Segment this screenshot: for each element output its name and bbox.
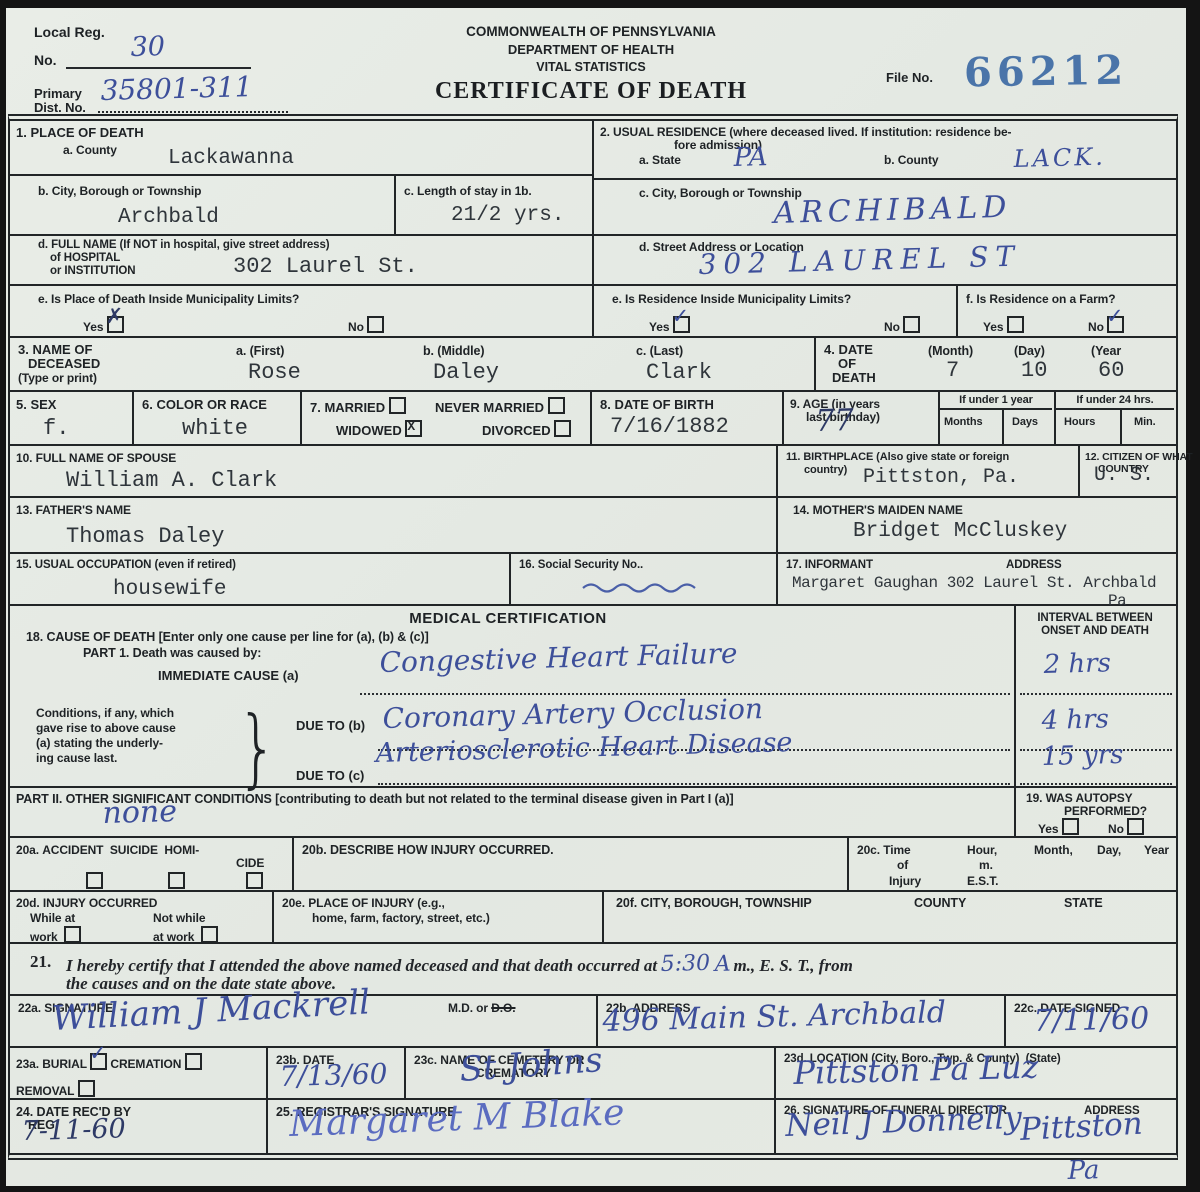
date-received-value: 7-11-60: [21, 1113, 126, 1147]
never-married-checkbox: [548, 397, 565, 414]
death-limits-no: No: [348, 316, 384, 334]
county-value: Lackawanna: [168, 147, 294, 170]
cemetery-value: St Johns: [458, 1040, 604, 1090]
interval-a-line: [1020, 692, 1172, 695]
injury-city-label: 20f. CITY, BOROUGH, TOWNSHIP: [616, 896, 812, 910]
cause-of-death-label: 18. CAUSE OF DEATH [Enter only one cause…: [26, 630, 429, 644]
residence-farm-no-checkbox: ✓: [1107, 316, 1124, 333]
injury-county-label: COUNTY: [914, 896, 966, 910]
interval-header-2: ONSET AND DEATH: [1016, 625, 1174, 637]
death-month-value: 7: [946, 358, 959, 383]
place-of-death-title: 1. PLACE OF DEATH: [16, 125, 144, 140]
20a-labels: 20a. ACCIDENT SUICIDE HOMI-: [16, 843, 199, 857]
injury-occurred-label: 20d. INJURY OCCURRED: [16, 896, 157, 910]
death-year-label: (Year: [1091, 344, 1121, 358]
field-autopsy: 19. WAS AUTOPSY PERFORMED? Yes No: [1016, 788, 1178, 838]
residence-limits-yes: Yes ✓: [649, 316, 690, 334]
certify-time-value: 5:30: [661, 951, 711, 977]
not-while-label: Not while: [153, 911, 205, 925]
last-name-label: c. (Last): [636, 344, 683, 358]
local-reg-label: Local Reg.: [34, 24, 105, 40]
file-no-stamp: 66212: [964, 47, 1129, 97]
mother-value: Bridget McCluskey: [853, 520, 1067, 543]
death-limits-yes-mark: ✗: [106, 304, 124, 328]
citizen-label-1: 12. CITIZEN OF WHAT: [1085, 451, 1193, 463]
field-name-of-deceased: 3. NAME OF DECEASED (Type or print) a. (…: [8, 338, 816, 392]
widowed-mark: X: [407, 419, 415, 434]
autopsy-no: No: [1108, 818, 1144, 836]
sex-value: f.: [43, 416, 69, 441]
funeral-director-address-value-2: Pa: [1067, 1155, 1100, 1186]
residence-limits-yes-checkbox: ✓: [673, 316, 690, 333]
interval-b-value: 4 hrs: [1041, 704, 1109, 736]
hours-min-divider: [1120, 410, 1122, 444]
divorced-label: DIVORCED: [482, 420, 571, 438]
20c-injury: Injury: [889, 874, 921, 888]
under-1-year-label: If under 1 year: [940, 394, 1052, 410]
20c-month: Month,: [1034, 843, 1073, 857]
residence-limits-yes-mark: ✓: [672, 304, 690, 328]
file-no-label: File No.: [886, 70, 933, 85]
autopsy-label-2: PERFORMED?: [1064, 804, 1147, 818]
occupation-label: 15. USUAL OCCUPATION (even if retired): [16, 559, 236, 571]
residence-farm-yes-checkbox: [1007, 316, 1024, 333]
informant-address-label: ADDRESS: [1006, 559, 1062, 571]
field-informant: 17. INFORMANT ADDRESS Margaret Gaughan 3…: [778, 554, 1178, 606]
primary-dist-underline: [98, 110, 288, 113]
min-label: Min.: [1134, 416, 1156, 428]
date-of-death-label-1: 4. DATE: [824, 342, 873, 357]
city-borough-value: Archbald: [118, 206, 219, 229]
do-struck-label: D.O.: [491, 1001, 515, 1015]
while-at-work-checkbox: [64, 926, 81, 943]
field-burial-location: 23d. LOCATION (City, Boro., Twp. & Count…: [776, 1048, 1178, 1100]
under-24-hrs-label: If under 24 hrs.: [1056, 394, 1174, 410]
never-married-label: NEVER MARRIED: [435, 397, 565, 415]
field-time-of-injury: 20c. Time of Injury Hour, m. E.S.T. Mont…: [849, 838, 1178, 892]
certify-num: 21.: [30, 952, 51, 972]
death-day-label: (Day): [1014, 344, 1045, 358]
registrar-signature-value: Margaret M Blake: [289, 1092, 626, 1145]
section-medical-certification: MEDICAL CERTIFICATION 18. CAUSE OF DEATH…: [8, 606, 1016, 788]
field-date-signed: 22c. DATE SIGNED 7/11/60: [1006, 996, 1178, 1048]
field-age-under-24-hrs: If under 24 hrs. Hours Min.: [1056, 392, 1178, 446]
spouse-label: 10. FULL NAME OF SPOUSE: [16, 451, 176, 465]
field-accident-suicide-homicide: 20a. ACCIDENT SUICIDE HOMI- CIDE: [8, 838, 294, 892]
spouse-value: William A. Clark: [66, 468, 277, 493]
citizen-value: U. S.: [1094, 464, 1154, 487]
length-of-stay-value: 21/2 yrs.: [451, 204, 564, 227]
field-age: 9. AGE (in years last birthday) 77: [784, 392, 940, 446]
widowed-label: WIDOWED X: [336, 420, 422, 438]
not-while-at-work-checkbox: [201, 926, 218, 943]
autopsy-yes: Yes: [1038, 818, 1079, 836]
cremation-checkbox: [185, 1053, 202, 1070]
death-limits-yes: Yes ✗: [83, 316, 124, 334]
due-to-c-label: DUE TO (c): [296, 768, 364, 783]
md-do-label: M.D. or D.O.: [448, 1001, 515, 1015]
20c-year: Year: [1144, 843, 1169, 857]
interval-header-1: INTERVAL BETWEEN: [1016, 612, 1174, 624]
field-burial-cremation: 23a. BURIAL ✓ CREMATION REMOVAL: [8, 1048, 268, 1100]
sex-label: 5. SEX: [16, 397, 56, 412]
county-label: a. County: [63, 143, 117, 157]
autopsy-no-checkbox: [1127, 818, 1144, 835]
married-checkbox: [389, 397, 406, 414]
middle-name-label: b. (Middle): [423, 344, 484, 358]
removal-label: REMOVAL: [16, 1080, 95, 1098]
cause-a-value: Congestive Heart Failure: [379, 637, 738, 679]
age-value: 77: [815, 403, 854, 439]
conditions-brace: }: [237, 698, 278, 798]
due-to-b-label: DUE TO (b): [296, 718, 365, 733]
residence-limits-label: e. Is Residence Inside Municipality Limi…: [612, 292, 851, 306]
name-of-deceased-label-1: 3. NAME OF: [18, 342, 92, 357]
burial-mark: ✓: [89, 1041, 107, 1065]
residence-farm-no: No ✓: [1088, 316, 1124, 334]
hospital-label-1: d. FULL NAME (If NOT in hospital, give s…: [38, 239, 330, 251]
field-sex: 5. SEX f.: [8, 392, 134, 446]
date-of-birth-label: 8. DATE OF BIRTH: [600, 397, 714, 412]
removal-checkbox: [78, 1080, 95, 1097]
field-citizen-country: 12. CITIZEN OF WHAT COUNTRY U. S.: [1080, 446, 1178, 498]
immediate-cause-label: IMMEDIATE CAUSE (a): [158, 668, 299, 683]
interval-c-line: [1020, 782, 1172, 785]
occupation-value: housewife: [113, 578, 226, 601]
birthplace-value: Pittston, Pa.: [863, 466, 1019, 489]
medical-certification-title: MEDICAL CERTIFICATION: [8, 610, 1008, 627]
field-date-of-death: 4. DATE OF DEATH (Month) 7 (Day) 10 (Yea…: [816, 338, 1178, 392]
20c-day: Day,: [1097, 843, 1121, 857]
department-line: DEPARTMENT OF HEALTH: [306, 42, 876, 57]
birthplace-label-1: 11. BIRTHPLACE (Also give state or forei…: [786, 451, 1009, 463]
suicide-checkbox: [168, 872, 185, 892]
field-certification-statement: 21. I hereby certify that I attended the…: [8, 944, 1178, 996]
conditions-note-1: Conditions, if any, which: [36, 706, 174, 720]
field-describe-injury: 20b. DESCRIBE HOW INJURY OCCURRED.: [294, 838, 849, 892]
primary-dist-no-label: Dist. No.: [34, 100, 86, 115]
field-residence-farm: f. Is Residence on a Farm? Yes No ✓: [958, 286, 1178, 338]
residence-state-label: a. State: [639, 153, 681, 167]
certify-text-1: I hereby certify that I attended the abo…: [66, 956, 657, 975]
part1-label: PART 1. Death was caused by:: [83, 646, 261, 660]
days-label: Days: [1012, 416, 1038, 428]
certificate-title: CERTIFICATE OF DEATH: [306, 78, 876, 105]
field-other-significant-conditions: PART II. OTHER SIGNIFICANT CONDITIONS [c…: [8, 788, 1016, 838]
injury-state-label: STATE: [1064, 896, 1103, 910]
hospital-value: 302 Laurel St.: [233, 254, 418, 279]
burial-date-value: 7/13/60: [279, 1057, 388, 1093]
field-hospital-name: d. FULL NAME (If NOT in hospital, give s…: [8, 236, 594, 286]
interval-c-value: 15 yrs: [1041, 740, 1124, 772]
length-of-stay-label: c. Length of stay in 1b.: [404, 184, 532, 198]
accident-checkbox: [86, 872, 103, 892]
conditions-note-3: (a) stating the underly-: [36, 736, 163, 750]
while-at-label: While at: [30, 911, 75, 925]
field-residence-municipality-limits: e. Is Residence Inside Municipality Limi…: [594, 286, 958, 338]
part2-value: none: [102, 794, 177, 831]
death-limits-no-checkbox: [367, 316, 384, 333]
field-father-name: 13. FATHER'S NAME Thomas Daley: [8, 498, 778, 554]
residence-limits-no-checkbox: [903, 316, 920, 333]
father-value: Thomas Daley: [66, 524, 224, 549]
residence-state-value: PA: [733, 142, 768, 173]
residence-farm-label: f. Is Residence on a Farm?: [966, 292, 1115, 306]
field-place-of-death-city: b. City, Borough or Township Archbald: [8, 176, 396, 236]
father-label: 13. FATHER'S NAME: [16, 503, 131, 517]
field-injury-city-county-state: 20f. CITY, BOROUGH, TOWNSHIP COUNTY STAT…: [604, 892, 1178, 944]
date-of-death-label-3: DEATH: [832, 370, 876, 385]
field-ssn: 16. Social Security No..: [511, 554, 778, 606]
residence-county-value: LACK.: [1013, 143, 1106, 173]
20c-est: E.S.T.: [967, 874, 998, 888]
race-label: 6. COLOR OR RACE: [142, 397, 267, 412]
vital-statistics-line: VITAL STATISTICS: [306, 60, 876, 74]
funeral-director-address-value: Pittston: [1019, 1106, 1143, 1148]
date-signed-value: 7/11/60: [1033, 1001, 1150, 1039]
describe-injury-label: 20b. DESCRIBE HOW INJURY OCCURRED.: [302, 843, 554, 857]
burial-checkbox: ✓: [90, 1053, 107, 1070]
primary-dist-no-value: 35801-311: [100, 70, 253, 107]
field-physician-address: 22b. ADDRESS 496 Main St. Archbald: [598, 996, 1006, 1048]
section-interval-column: INTERVAL BETWEEN ONSET AND DEATH 2 hrs 4…: [1016, 606, 1178, 788]
work-label-box: work: [30, 926, 81, 944]
field-injury-occurred: 20d. INJURY OCCURRED While at work Not w…: [8, 892, 274, 944]
field-death-municipality-limits: e. Is Place of Death Inside Municipality…: [8, 286, 594, 338]
widowed-checkbox: X: [405, 420, 422, 437]
death-limits-label: e. Is Place of Death Inside Municipality…: [38, 292, 299, 306]
conditions-note-4: ing cause last.: [36, 751, 117, 765]
months-label: Months: [944, 416, 983, 428]
local-reg-underline: [66, 66, 251, 69]
field-occupation: 15. USUAL OCCUPATION (even if retired) h…: [8, 554, 511, 606]
death-day-value: 10: [1021, 358, 1047, 383]
informant-label: 17. INFORMANT: [786, 559, 873, 571]
field-cemetery-name: 23c. NAME OF CEMETERY OR CREMATORY St Jo…: [406, 1048, 776, 1100]
name-of-deceased-label-3: (Type or print): [18, 371, 97, 385]
death-certificate-document: Local Reg. No. 30 Primary Dist. No. 3580…: [6, 8, 1186, 1186]
residence-county-label: b. County: [884, 153, 938, 167]
residence-farm-yes: Yes: [983, 316, 1024, 334]
field-burial-date: 23b. DATE 7/13/60: [268, 1048, 406, 1100]
field-residence-city: c. City, Borough or Township ARCHIBALD: [594, 180, 1178, 236]
20c-of: of: [897, 858, 908, 872]
field-place-of-injury: 20e. PLACE OF INJURY (e.g., home, farm, …: [274, 892, 604, 944]
local-reg-no-label: No.: [34, 52, 57, 68]
ssn-scribble-icon: [581, 580, 711, 594]
place-of-injury-label-1: 20e. PLACE OF INJURY (e.g.,: [282, 896, 445, 910]
20c-m: m.: [979, 858, 993, 872]
field-marital-status: 7. MARRIED NEVER MARRIED WIDOWED X DIVOR…: [302, 392, 592, 446]
field-length-of-stay: c. Length of stay in 1b. 21/2 yrs.: [396, 176, 594, 236]
20a-homicide-label-2: CIDE: [236, 856, 264, 870]
months-days-divider: [1002, 410, 1004, 444]
field-place-of-death-county: 1. PLACE OF DEATH a. County Lackawanna: [8, 121, 594, 176]
residence-farm-no-mark: ✓: [1106, 304, 1124, 328]
field-mother-name: 14. MOTHER'S MAIDEN NAME Bridget McClusk…: [778, 498, 1178, 554]
date-of-death-label-2: OF: [838, 356, 856, 371]
local-reg-no-value: 30: [130, 31, 165, 63]
race-value: white: [182, 416, 248, 441]
residence-street-value: 302 LAUREL ST: [698, 240, 1021, 281]
first-name-value: Rose: [248, 360, 301, 385]
married-label: 7. MARRIED: [310, 397, 406, 415]
place-of-injury-label-2: home, farm, factory, street, etc.): [312, 911, 490, 925]
city-borough-label: b. City, Borough or Township: [38, 184, 201, 198]
certify-ampm-value: A: [714, 952, 731, 977]
hospital-label-2: of HOSPITAL: [50, 252, 120, 264]
primary-dist-label: Primary: [34, 86, 82, 101]
conditions-note-2: gave rise to above cause: [36, 721, 176, 735]
burial-label: 23a. BURIAL ✓ CREMATION: [16, 1053, 202, 1071]
informant-value: Margaret Gaughan 302 Laurel St. Archbald: [792, 574, 1156, 592]
usual-residence-title-1: 2. USUAL RESIDENCE (where deceased lived…: [600, 125, 1011, 139]
death-year-value: 60: [1098, 358, 1124, 383]
cause-c-line: [378, 782, 1010, 785]
field-residence-state-county: 2. USUAL RESIDENCE (where deceased lived…: [594, 121, 1178, 180]
last-name-value: Clark: [646, 360, 712, 385]
field-residence-street: d. Street Address or Location 302 LAUREL…: [594, 236, 1178, 286]
residence-city-value: ARCHIBALD: [773, 190, 1012, 231]
certify-text-2: m., E. S. T., from: [733, 956, 852, 975]
mother-label: 14. MOTHER'S MAIDEN NAME: [793, 503, 963, 517]
field-registrar-signature: 25. REGISTRAR'S SIGNATURE Margaret M Bla…: [268, 1100, 776, 1153]
commonwealth-line: COMMONWEALTH OF PENNSYLVANIA: [306, 24, 876, 39]
divorced-checkbox: [554, 420, 571, 437]
autopsy-yes-checkbox: [1062, 818, 1079, 835]
agency-header: COMMONWEALTH OF PENNSYLVANIA DEPARTMENT …: [306, 24, 876, 105]
middle-name-value: Daley: [433, 360, 499, 385]
date-of-birth-value: 7/16/1882: [610, 414, 729, 439]
at-work-label-box: at work: [153, 926, 218, 944]
hospital-label-3: or INSTITUTION: [50, 265, 136, 277]
field-color-or-race: 6. COLOR OR RACE white: [134, 392, 302, 446]
20c-hour: Hour,: [967, 843, 997, 857]
field-age-under-1-year: If under 1 year Months Days: [940, 392, 1056, 446]
20c-num-time: 20c. Time: [857, 843, 911, 857]
autopsy-label-1: 19. WAS AUTOPSY: [1026, 791, 1133, 805]
interval-a-value: 2 hrs: [1043, 648, 1111, 680]
field-birthplace: 11. BIRTHPLACE (Also give state or forei…: [778, 446, 1080, 498]
hours-label: Hours: [1064, 416, 1095, 428]
death-month-label: (Month): [928, 344, 973, 358]
name-of-deceased-label-2: DECEASED: [28, 356, 100, 371]
ssn-label: 16. Social Security No..: [519, 559, 643, 571]
field-date-received: 24. DATE REC'D BY REG. 7-11-60: [8, 1100, 268, 1153]
death-limits-yes-checkbox: ✗: [107, 316, 124, 333]
field-spouse-name: 10. FULL NAME OF SPOUSE William A. Clark: [8, 446, 778, 498]
residence-limits-no: No: [884, 316, 920, 334]
homicide-checkbox: [246, 872, 263, 892]
first-name-label: a. (First): [236, 344, 284, 358]
field-date-of-birth: 8. DATE OF BIRTH 7/16/1882: [592, 392, 784, 446]
burial-location-value: Pittston Pa Luz: [793, 1048, 1039, 1092]
birthplace-label-2: country): [804, 464, 847, 476]
